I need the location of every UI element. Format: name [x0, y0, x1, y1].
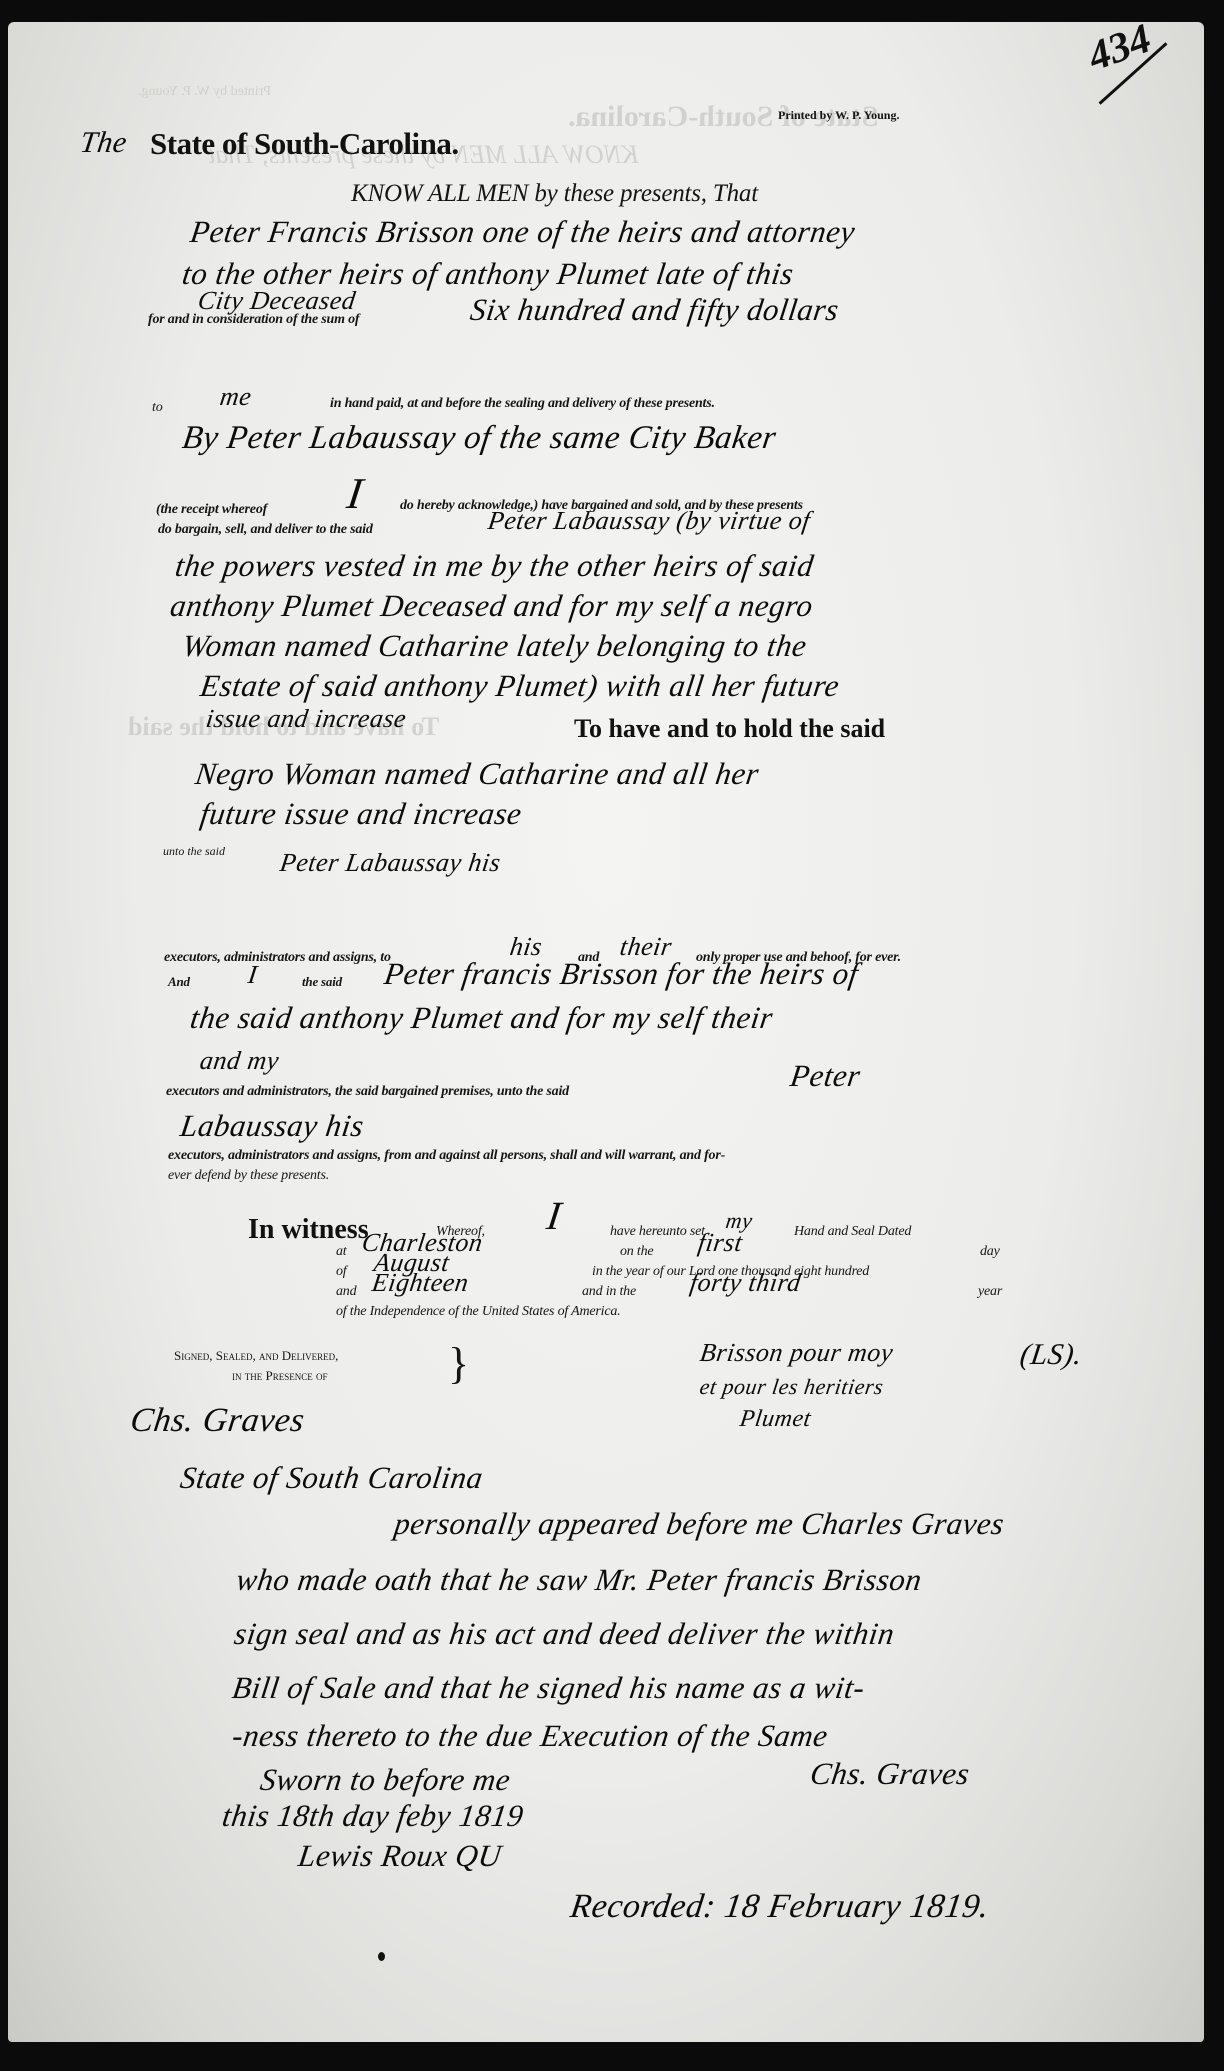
- witness-who: I: [544, 1192, 564, 1239]
- witness-and-in-the: and in the: [582, 1284, 636, 1300]
- witness-heading: In witness: [248, 1214, 369, 1246]
- warrantor-line-2: the said anthony Plumet and for my self …: [188, 1000, 775, 1036]
- witness-have-set: have hereunto set: [610, 1224, 705, 1240]
- witness-day-label: day: [980, 1244, 1000, 1260]
- page-number: 434: [1082, 15, 1158, 82]
- witness-of-label: of: [336, 1264, 347, 1280]
- recorded-date: Recorded: 18 February 1819.: [568, 1888, 992, 1926]
- witness-independence-clause: of the Independence of the United States…: [336, 1304, 620, 1320]
- property-line-3: Woman named Catharine lately belonging t…: [180, 628, 809, 664]
- signed-sealed-label-2: in the Presence of: [232, 1368, 327, 1384]
- affidavit-line-5: -ness thereto to the due Execution of th…: [230, 1718, 830, 1754]
- signed-sealed-label-1: Signed, Sealed, and Delivered,: [174, 1348, 338, 1364]
- habendum-line-2: future issue and increase: [198, 796, 524, 832]
- grantor-signature-line-3: Plumet: [738, 1406, 813, 1433]
- affidavit-line-3: sign seal and as his act and deed delive…: [232, 1616, 897, 1652]
- witness-independence-value: forty third: [688, 1268, 803, 1298]
- sworn-line-1: Sworn to before me: [258, 1762, 513, 1798]
- witness-at-label: at: [336, 1244, 347, 1260]
- and-label: And: [168, 974, 190, 990]
- brace-symbol: }: [448, 1338, 469, 1389]
- witness-year-label: year: [978, 1284, 1002, 1300]
- property-line-5: issue and increase: [204, 704, 408, 734]
- warrant-value-1: Peter: [788, 1058, 863, 1094]
- payer-line: By Peter Labaussay of the same City Bake…: [180, 420, 778, 457]
- to-value: me: [218, 382, 254, 412]
- grantor-line-1: Peter Francis Brisson one of the heirs a…: [188, 214, 857, 250]
- grantor-signature-line-1: Brisson pour moy: [698, 1338, 895, 1368]
- receipt-label: (the receipt whereof: [156, 502, 267, 518]
- defend-clause-line-1: executors, administrators and assigns, f…: [168, 1148, 725, 1164]
- habendum-line-1: Negro Woman named Catharine and all her: [193, 756, 761, 792]
- property-line-2: anthony Plumet Deceased and for my self …: [168, 588, 815, 624]
- seal-mark: (LS).: [1018, 1338, 1084, 1372]
- paid-clause: in hand paid, at and before the sealing …: [330, 396, 715, 412]
- unto-value: Peter Labaussay his: [278, 848, 503, 878]
- magistrate-signature: Lewis Roux QU: [296, 1838, 504, 1874]
- defend-clause-line-2: ever defend by these presents.: [168, 1168, 329, 1184]
- witness-year-value: Eighteen: [370, 1268, 471, 1298]
- use-clause-prefix: executors, administrators and assigns, t…: [164, 950, 391, 966]
- printer-credit: Printed by W. P. Young.: [778, 108, 899, 123]
- receipt-value: I: [344, 468, 366, 519]
- page-title: State of South-Carolina.: [150, 126, 459, 162]
- witness-signature: Chs. Graves: [128, 1402, 307, 1440]
- affidavit-line-4: Bill of Sale and that he signed his name…: [230, 1670, 867, 1706]
- warrantor-line-1: Peter francis Brisson for the heirs of: [382, 956, 861, 992]
- consideration-label: for and in consideration of the sum of: [148, 312, 359, 328]
- the-said-label: the said: [302, 974, 342, 990]
- document-page: Printed by W. P. Young. State of South-C…: [8, 22, 1204, 2042]
- to-label: to: [152, 400, 163, 416]
- sworn-line-2: this 18th day feby 1819: [220, 1798, 526, 1834]
- warrant-value-2: Labaussay his: [178, 1108, 366, 1144]
- habendum-heading: To have and to hold the said: [574, 714, 885, 744]
- ink-spot: [378, 1952, 385, 1961]
- bleed-through-printer: Printed by W. P. Young.: [138, 84, 271, 100]
- unto-label: unto the said: [163, 844, 225, 859]
- affidavit-line-2: who made oath that he saw Mr. Peter fran…: [234, 1562, 924, 1598]
- warrantor-line-3: and my: [198, 1046, 281, 1076]
- affidavit-heading: State of South Carolina: [178, 1460, 485, 1496]
- property-line-1: the powers vested in me by the other hei…: [173, 548, 816, 584]
- deponent-signature: Chs. Graves: [808, 1756, 972, 1792]
- title-prefix-handwritten: The: [78, 126, 129, 160]
- intro-clause: KNOW ALL MEN by these presents, That: [351, 180, 758, 208]
- witness-hand-seal: Hand and Seal Dated: [794, 1224, 911, 1240]
- witness-day-value: first: [696, 1228, 745, 1258]
- witness-and-label: and: [336, 1284, 356, 1300]
- affidavit-line-1: personally appeared before me Charles Gr…: [392, 1506, 1007, 1542]
- witness-on-the: on the: [620, 1244, 653, 1260]
- grantor-signature-line-2: et pour les heritiers: [698, 1374, 885, 1400]
- deliver-label: do bargain, sell, and deliver to the sai…: [158, 522, 373, 538]
- property-line-4: Estate of said anthony Plumet) with all …: [198, 668, 842, 704]
- deliver-value: Peter Labaussay (by virtue of: [486, 506, 812, 536]
- warrant-clause: executors and administrators, the said b…: [166, 1084, 569, 1100]
- consideration-amount: Six hundred and fifty dollars: [468, 292, 841, 328]
